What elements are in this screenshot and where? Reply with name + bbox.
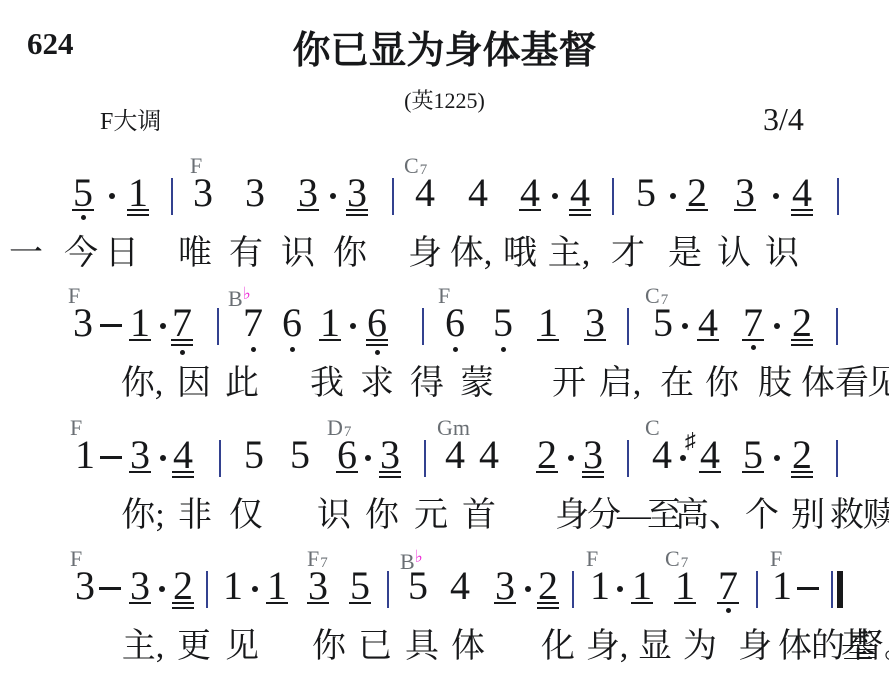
barline	[836, 308, 838, 345]
note-digit: 5	[290, 435, 310, 475]
hymn-page: 624 你已显为身体基督 (英1225) F大调 3/4 FC751333344…	[0, 0, 889, 694]
final-barline-thick	[837, 571, 843, 608]
note-digit: 1	[674, 566, 696, 606]
lyric-syllable: 我	[310, 367, 344, 401]
key-signature: F大调	[100, 110, 161, 134]
note-digit: 4	[652, 435, 672, 475]
lyric-syllable: 主,	[548, 237, 591, 271]
lyric-syllable: 身	[555, 499, 589, 533]
note: 4	[450, 566, 470, 606]
sharp-icon: ♯	[685, 430, 696, 452]
barline	[836, 440, 838, 477]
barline	[424, 440, 426, 477]
barline	[572, 571, 574, 608]
barline	[612, 178, 614, 215]
note: 2	[791, 303, 813, 346]
note: 3	[494, 566, 516, 604]
note-digit: 1	[537, 303, 559, 343]
note: 3	[307, 566, 329, 604]
augmentation-dot	[617, 586, 623, 592]
barline	[206, 571, 208, 608]
note: 3	[75, 566, 95, 606]
augmentation-dot	[525, 586, 531, 592]
duration-dash	[100, 456, 122, 459]
note: 4	[519, 173, 541, 211]
lyric-syllable: 元	[414, 499, 448, 533]
barline	[627, 440, 629, 477]
barline	[756, 571, 758, 608]
augmentation-dot	[670, 193, 676, 199]
note: 4	[468, 173, 488, 213]
note: 6	[445, 303, 465, 352]
hymn-title: 你已显为身体基督	[0, 31, 889, 73]
final-barline	[831, 571, 843, 608]
note-digit: 4	[479, 435, 499, 475]
lyric-syllable: 在	[660, 367, 694, 401]
note: 3	[297, 173, 319, 211]
note: 1	[674, 566, 696, 604]
note: ♯4	[699, 435, 721, 473]
lyric-syllable: 身	[738, 630, 772, 664]
note-digit: 7	[717, 566, 739, 606]
note-digit: 3	[73, 303, 93, 343]
final-barline-thin	[831, 571, 833, 608]
augmentation-dot	[160, 455, 166, 461]
note: 4	[415, 173, 435, 213]
note: 3	[346, 173, 368, 216]
note-digit: 3	[734, 173, 756, 213]
note-digit: 3	[245, 173, 265, 213]
note-digit: 5	[493, 303, 513, 343]
note: 1	[772, 566, 792, 606]
low-octave-dot	[290, 347, 295, 352]
barline	[387, 571, 389, 608]
note: 1	[223, 566, 243, 606]
note-digit: 6	[366, 303, 388, 343]
note-digit: 1	[223, 566, 243, 606]
note: 1	[631, 566, 653, 604]
note-digit: 5	[349, 566, 371, 606]
note: 4	[697, 303, 719, 341]
duration-dash	[797, 587, 819, 590]
note-digit: 7	[243, 303, 263, 343]
lyric-syllable: 因	[177, 367, 211, 401]
note-digit: 1	[319, 303, 341, 343]
augmentation-dot	[252, 586, 258, 592]
note-digit: 7	[171, 303, 193, 343]
lyric-syllable: 首	[462, 499, 496, 533]
augmentation-dot	[682, 323, 688, 329]
note: 5	[636, 173, 656, 213]
lyric-syllable: 高、	[675, 499, 743, 533]
lyric-syllable: 求	[360, 367, 394, 401]
lyric-syllable: 体	[451, 630, 485, 664]
note-digit: 3	[494, 566, 516, 606]
note: 5	[349, 566, 371, 604]
note-digit: 4	[468, 173, 488, 213]
note-digit: 1	[75, 435, 95, 475]
lyric-syllable: 身	[408, 237, 442, 271]
note: 3	[73, 303, 93, 343]
low-octave-dot	[375, 350, 380, 355]
note-digit: 1	[129, 303, 151, 343]
lyric-syllable: 体	[778, 630, 812, 664]
note: 3	[584, 303, 606, 341]
note: 4	[445, 435, 465, 475]
note-digit: 3	[75, 566, 95, 606]
system-4: FF7B♭FC7F3321135543211171主,更见你已具体化身,显为身体…	[0, 548, 889, 680]
augmentation-dot	[680, 455, 686, 461]
note-digit: 3	[297, 173, 319, 213]
barline	[422, 308, 424, 345]
note: 3	[734, 173, 756, 211]
note: 5	[408, 566, 428, 606]
note: 1	[127, 173, 149, 216]
note: 3	[245, 173, 265, 213]
note-digit: 2	[172, 566, 194, 606]
lyric-syllable: 体,	[450, 237, 493, 271]
note-digit: 3	[346, 173, 368, 213]
note: 1	[266, 566, 288, 604]
lyric-syllable: 才	[611, 237, 645, 271]
duration-dash	[100, 324, 122, 327]
lyric-syllable: 更	[177, 630, 211, 664]
lyric-syllable: 一	[9, 237, 43, 271]
note-digit: 1	[590, 566, 610, 606]
note: 2	[537, 566, 559, 609]
note-digit: 1	[266, 566, 288, 606]
lyric-syllable: 开	[552, 367, 586, 401]
lyric-syllable: 已	[358, 630, 392, 664]
note-digit: 4	[519, 173, 541, 213]
note: 3	[129, 566, 151, 604]
note-digit: 2	[791, 303, 813, 343]
note-digit: 1	[631, 566, 653, 606]
barline	[627, 308, 629, 345]
lyric-syllable: 识	[317, 499, 351, 533]
note: 1	[129, 303, 151, 341]
note: 3	[193, 173, 213, 213]
lyric-syllable: 你;	[121, 499, 164, 533]
lyric-syllable: 的	[811, 630, 845, 664]
note: 5	[653, 303, 673, 343]
note: 3	[129, 435, 151, 473]
note-digit: 3	[582, 435, 604, 475]
augmentation-dot	[109, 193, 115, 199]
augmentation-dot	[159, 586, 165, 592]
note: 5	[493, 303, 513, 352]
barline	[217, 308, 219, 345]
lyric-syllable: 你,	[121, 367, 164, 401]
note: 2	[172, 566, 194, 609]
duration-dash	[99, 587, 121, 590]
lyric-syllable: 你	[312, 630, 346, 664]
note-digit: 3	[307, 566, 329, 606]
lyric-syllable: 主,	[122, 630, 165, 664]
note-digit: 2	[686, 173, 708, 213]
lyric-syllable: 得	[410, 367, 444, 401]
lyric-syllable: 识	[281, 237, 315, 271]
note-digit: 5	[408, 566, 428, 606]
note-digit: 2	[536, 435, 558, 475]
note-digit: 2	[791, 435, 813, 475]
note: 7	[742, 303, 764, 350]
note: 3	[582, 435, 604, 478]
lyric-syllable: 今	[64, 237, 98, 271]
lyric-syllable: 肢	[758, 367, 792, 401]
note-digit: 3	[129, 435, 151, 475]
note-digit: 6	[445, 303, 465, 343]
note-digit: 3	[193, 173, 213, 213]
note: 5	[742, 435, 764, 473]
note: 6	[282, 303, 302, 352]
note: 7	[171, 303, 193, 355]
lyric-syllable: 见	[867, 367, 889, 401]
lyric-syllable: 体	[801, 367, 835, 401]
lyric-syllable: 此	[225, 367, 259, 401]
note: 7	[243, 303, 263, 352]
low-octave-dot	[726, 608, 731, 613]
lyric-syllable: 看	[835, 367, 869, 401]
note: 4	[652, 435, 672, 475]
low-octave-dot	[751, 345, 756, 350]
note: 5	[72, 173, 94, 220]
note: 2	[536, 435, 558, 473]
lyric-syllable: —	[617, 499, 651, 533]
note-digit: 4	[415, 173, 435, 213]
barline	[837, 178, 839, 215]
note: 5	[290, 435, 310, 475]
note-digit: 5	[653, 303, 673, 343]
note-digit: 4	[445, 435, 465, 475]
note-digit: 4	[791, 173, 813, 213]
lyric-syllable: 日	[105, 237, 139, 271]
note-digit: 4	[569, 173, 591, 213]
lyric-syllable: 化	[541, 630, 575, 664]
barline	[219, 440, 221, 477]
note: 4	[791, 173, 813, 216]
lyric-syllable: 启,	[599, 367, 642, 401]
note-digit: 4	[172, 435, 194, 475]
augmentation-dot	[365, 455, 371, 461]
note-digit: 5	[636, 173, 656, 213]
low-octave-dot	[251, 347, 256, 352]
note: 1	[319, 303, 341, 341]
lyric-syllable: 督。	[850, 630, 889, 664]
lyric-syllable: 哦	[503, 237, 537, 271]
lyric-syllable: 别	[791, 499, 825, 533]
augmentation-dot	[160, 323, 166, 329]
barline	[171, 178, 173, 215]
note-digit: 3	[379, 435, 401, 475]
note-digit: 4	[450, 566, 470, 606]
note: 5	[244, 435, 264, 475]
note: 1	[537, 303, 559, 341]
lyric-syllable: 是	[668, 237, 702, 271]
augmentation-dot	[774, 455, 780, 461]
note-digit: 5	[742, 435, 764, 475]
note: 4	[479, 435, 499, 475]
note: 4	[569, 173, 591, 216]
lyric-syllable: 唯	[178, 237, 212, 271]
lyric-syllable: 仅	[229, 499, 263, 533]
note: 4	[172, 435, 194, 478]
barline	[392, 178, 394, 215]
note: 6	[366, 303, 388, 355]
note: 2	[791, 435, 813, 478]
system-1: FC751333344445234一今日唯有识你身体,哦主,才是认识	[0, 155, 889, 287]
note: 3	[379, 435, 401, 478]
note: 1	[75, 435, 95, 475]
lyric-syllable: 身,	[586, 630, 629, 664]
lyric-syllable: 识	[765, 237, 799, 271]
note-digit: 6	[336, 435, 358, 475]
lyric-syllable: 见	[225, 630, 259, 664]
low-octave-dot	[81, 215, 86, 220]
system-2: FB♭FC7317761665135472你,因此我求得蒙开启,在你肢体看见	[0, 285, 889, 417]
note: 1	[590, 566, 610, 606]
time-signature: 3/4	[763, 103, 804, 135]
lyric-syllable: 你	[333, 237, 367, 271]
note-digit: 6	[282, 303, 302, 343]
augmentation-dot	[330, 193, 336, 199]
system-3: FD7GmC134556344234♯452你;非仅识你元首身分—至高、个别救赎	[0, 417, 889, 549]
lyric-syllable: 显	[638, 630, 672, 664]
augmentation-dot	[773, 193, 779, 199]
note-digit: 1	[127, 173, 149, 213]
lyric-syllable: 赎	[863, 499, 889, 533]
note-digit: 5	[244, 435, 264, 475]
augmentation-dot	[552, 193, 558, 199]
note: 6	[336, 435, 358, 473]
lyric-syllable: 有	[229, 237, 263, 271]
lyric-syllable: 为	[683, 630, 717, 664]
note-digit: 3	[129, 566, 151, 606]
lyric-syllable: 认	[717, 237, 751, 271]
note-digit: 4	[699, 435, 721, 475]
note-digit: 2	[537, 566, 559, 606]
note: 7	[717, 566, 739, 613]
lyric-syllable: 蒙	[460, 367, 494, 401]
lyric-syllable: 个	[745, 499, 779, 533]
lyric-syllable: 救	[830, 499, 864, 533]
note-digit: 5	[72, 173, 94, 213]
lyric-syllable: 你	[365, 499, 399, 533]
low-octave-dot	[453, 347, 458, 352]
note: 2	[686, 173, 708, 211]
lyric-syllable: 你	[705, 367, 739, 401]
note-digit: 1	[772, 566, 792, 606]
augmentation-dot	[774, 323, 780, 329]
augmentation-dot	[568, 455, 574, 461]
low-octave-dot	[180, 350, 185, 355]
augmentation-dot	[350, 323, 356, 329]
lyric-syllable: 非	[178, 499, 212, 533]
lyric-syllable: 分	[587, 499, 621, 533]
note-digit: 7	[742, 303, 764, 343]
note-digit: 4	[697, 303, 719, 343]
lyric-syllable: 具	[405, 630, 439, 664]
note-digit: 3	[584, 303, 606, 343]
low-octave-dot	[501, 347, 506, 352]
